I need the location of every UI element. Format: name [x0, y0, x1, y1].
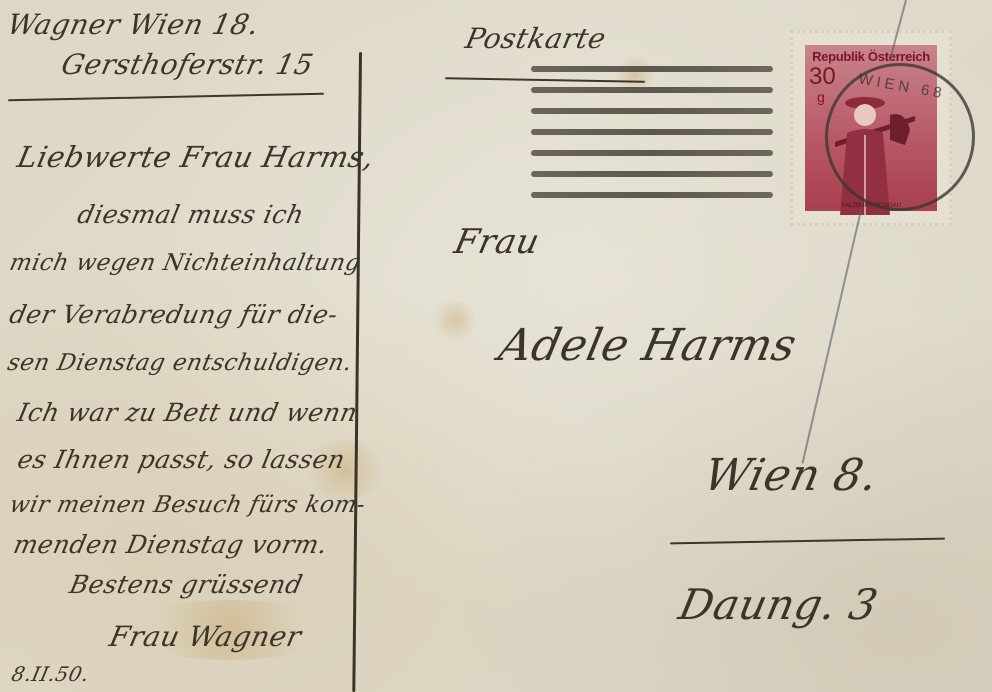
- postcard: Wagner Wien 18. Gersthoferstr. 15 Liebwe…: [0, 0, 992, 692]
- message-line: wir meinen Besuch fürs kom-: [7, 492, 368, 518]
- message-line: der Verabredung für die-: [7, 300, 341, 329]
- stamp-unit: g: [817, 89, 825, 105]
- sender-line-1: Wagner Wien 18.: [4, 8, 262, 41]
- postmark-text: WIEN 68: [857, 70, 947, 102]
- message-date: 8.II.50.: [9, 662, 91, 686]
- message-line: menden Dienstag vorm.: [11, 530, 331, 559]
- cancel-bar: [531, 108, 773, 114]
- message-line: Ich war zu Bett und wenn: [15, 398, 360, 427]
- message-line: es Ihnen passt, so lassen: [15, 445, 348, 474]
- recipient-name: Adele Harms: [495, 320, 801, 371]
- cancel-bar: [531, 129, 773, 135]
- stamp-value: 30: [809, 65, 836, 89]
- cancel-bar: [531, 171, 773, 177]
- recipient-street: Daung. 3: [675, 580, 883, 629]
- message-salutation: Liebwerte Frau Harms,: [14, 140, 377, 174]
- recipient-city: Wien 8.: [700, 450, 883, 501]
- message-signature: Frau Wagner: [106, 620, 304, 653]
- cancel-bar: [531, 192, 773, 198]
- postmark: WIEN 68: [825, 63, 975, 211]
- message-line: mich wegen Nichteinhaltung: [7, 250, 363, 276]
- sender-line-2: Gersthoferstr. 15: [58, 48, 316, 81]
- cancel-bar: [531, 87, 773, 93]
- stain: [430, 300, 480, 340]
- cancellation-bars: [531, 66, 773, 213]
- stamp-country: Republik Österreich: [805, 49, 937, 64]
- postkarte-label: Postkarte: [462, 22, 609, 55]
- pencil-mark: [802, 210, 862, 464]
- recipient-title: Frau: [451, 222, 544, 262]
- cancel-bar: [531, 150, 773, 156]
- sender-underline: [8, 93, 324, 102]
- cancel-bar: [531, 66, 773, 72]
- message-line: diesmal muss ich: [75, 200, 307, 229]
- message-closing: Bestens grüssend: [67, 570, 306, 599]
- city-underline: [670, 538, 945, 545]
- message-line: sen Dienstag entschuldigen.: [5, 350, 354, 376]
